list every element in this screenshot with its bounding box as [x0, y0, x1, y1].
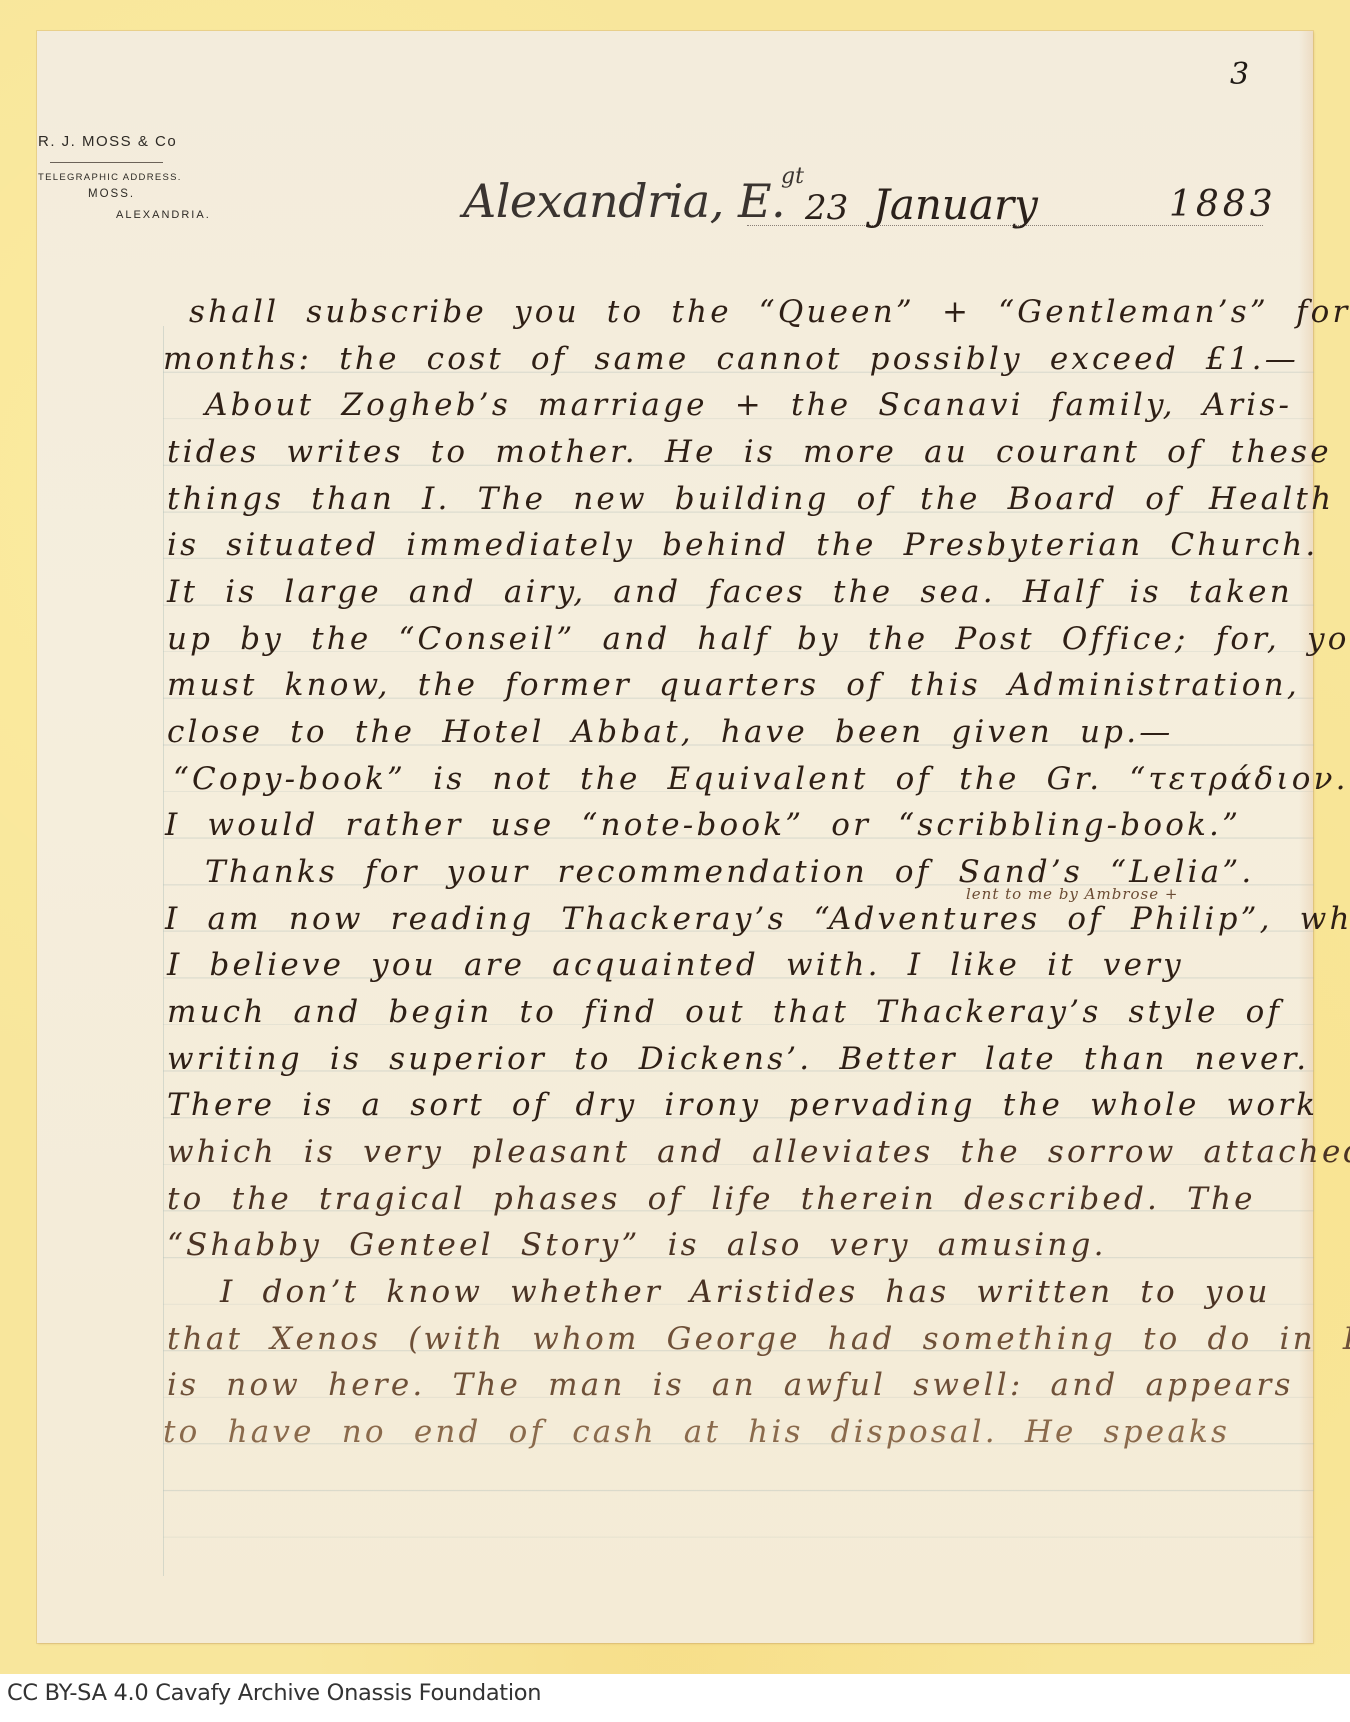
letter-line: to have no end of cash at his disposal. … [163, 1417, 1230, 1448]
letter-line: to the tragical phases of life therein d… [167, 1184, 1256, 1215]
letter-line: writing is superior to Dickens’. Better … [167, 1044, 1309, 1075]
letter-line: I would rather use “note-book” or “scrib… [165, 810, 1241, 841]
letter-line: is situated immediately behind the Presb… [167, 530, 1318, 561]
letter-line: which is very pleasant and alleviates th… [167, 1137, 1350, 1168]
letter-line: I believe you are acquainted with. I lik… [167, 950, 1184, 981]
letter-line: tides writes to mother. He is more au co… [167, 437, 1332, 468]
letter-line: I am now reading Thackeray’s “Adventures… [165, 904, 1350, 935]
letter-line: close to the Hotel Abbat, have been give… [167, 717, 1173, 748]
letter-line: up by the “Conseil” and half by the Post… [167, 624, 1350, 655]
letter-line: About Zogheb’s marriage + the Scanavi fa… [205, 390, 1292, 421]
letter-line: is now here. The man is an awful swell: … [167, 1370, 1294, 1401]
letter-line: things than I. The new building of the B… [167, 484, 1334, 515]
letter-line: shall subscribe you to the “Queen” + “Ge… [189, 297, 1350, 328]
letter-line: “Shabby Genteel Story” is also very amus… [167, 1230, 1107, 1261]
letter-body: shall subscribe you to the “Queen” + “Ge… [0, 0, 1350, 1722]
letter-line: It is large and airy, and faces the sea.… [167, 577, 1293, 608]
letter-line: There is a sort of dry irony pervading t… [167, 1090, 1318, 1121]
letter-line: that Xenos (with whom George had somethi… [167, 1324, 1350, 1355]
letter-line: I don’t know whether Aristides has writt… [220, 1277, 1271, 1308]
license-caption: CC BY-SA 4.0 Cavafy Archive Onassis Foun… [7, 1680, 541, 1706]
letter-line: Thanks for your recommendation of Sand’s… [205, 857, 1254, 888]
letter-line: much and begin to find out that Thackera… [167, 997, 1282, 1028]
letter-line: months: the cost of same cannot possibly… [163, 344, 1299, 375]
letter-line: must know, the former quarters of this A… [167, 670, 1300, 701]
letter-line: “Copy-book” is not the Equivalent of the… [173, 764, 1350, 795]
